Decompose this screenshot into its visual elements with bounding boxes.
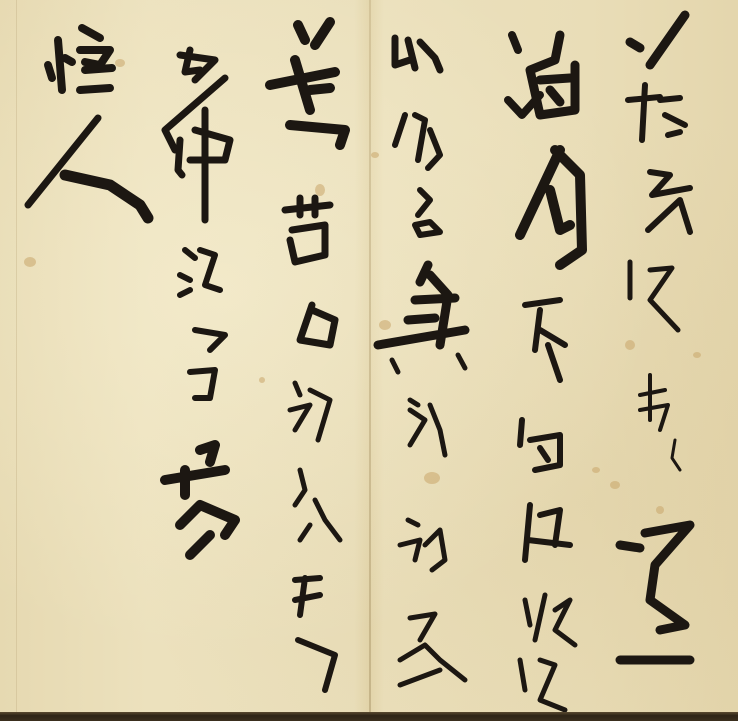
calligraphy-page: 以積呉暖生々運 満月底釣魚船晩 眺仍看舞、新詩字 業蔦白詩飛墅 彷彿酒蕎布 惺人 <box>0 0 738 721</box>
column-2-strokes <box>508 35 582 710</box>
column-6-strokes <box>28 28 148 218</box>
bottom-mount-border <box>0 712 738 721</box>
ink-strokes <box>0 0 738 721</box>
column-1-strokes <box>620 15 690 660</box>
column-4-strokes <box>270 22 345 690</box>
column-5-strokes <box>165 50 235 555</box>
paper-stains <box>24 59 701 514</box>
column-3-strokes <box>378 38 465 685</box>
